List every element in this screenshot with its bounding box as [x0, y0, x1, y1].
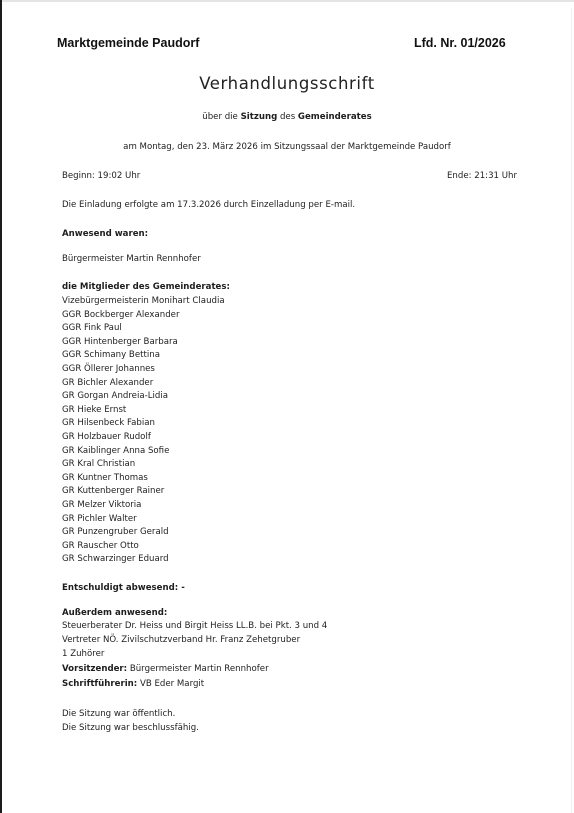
member-item: GR Kuttenberger Rainer	[62, 485, 225, 499]
municipality-name: Marktgemeinde Paudorf	[57, 36, 199, 50]
member-item: GR Kuntner Thomas	[62, 472, 225, 486]
secretary-line: Schriftführerin: VB Eder Margit	[62, 678, 204, 692]
member-item: GR Rauscher Otto	[62, 540, 225, 554]
serial-number: Lfd. Nr. 01/2026	[414, 36, 506, 50]
also-present-3: 1 Zuhörer	[62, 648, 104, 662]
member-item: GR Schwarzinger Eduard	[62, 553, 225, 567]
subtitle-mid: des	[277, 112, 298, 122]
member-item: Vizebürgermeisterin Monihart Claudia	[62, 295, 225, 309]
end-time: Ende: 21:31 Uhr	[447, 170, 517, 184]
excused-line: Entschuldigt abwesend: -	[62, 582, 185, 596]
chair-value: Bürgermeister Martin Rennhofer	[127, 664, 269, 674]
page-top-border	[2, 0, 574, 2]
secretary-value: VB Eder Margit	[137, 679, 204, 689]
member-item: GR Hilsenbeck Fabian	[62, 417, 225, 431]
chair-line: Vorsitzender: Bürgermeister Martin Rennh…	[62, 663, 269, 677]
member-item: GGR Öllerer Johannes	[62, 363, 225, 377]
member-item: GR Gorgan Andreia-Lidia	[62, 390, 225, 404]
member-item: GR Pichler Walter	[62, 513, 225, 527]
document-page: Marktgemeinde Paudorf Lfd. Nr. 01/2026 V…	[0, 0, 574, 813]
members-list: Vizebürgermeisterin Monihart ClaudiaGGR …	[62, 295, 225, 567]
member-item: GGR Fink Paul	[62, 322, 225, 336]
member-item: GGR Hintenberger Barbara	[62, 336, 225, 350]
subtitle-pre: über die	[202, 112, 240, 122]
subtitle: über die Sitzung des Gemeinderates	[0, 111, 574, 125]
meeting-line: am Montag, den 23. März 2026 im Sitzungs…	[0, 141, 574, 155]
page-right-edge	[571, 8, 572, 813]
subtitle-sitzung: Sitzung	[241, 112, 278, 122]
member-item: GR Holzbauer Rudolf	[62, 431, 225, 445]
invitation-note: Die Einladung erfolgte am 17.3.2026 durc…	[62, 199, 355, 213]
present-heading: Anwesend waren:	[62, 228, 148, 242]
secretary-label: Schriftführerin:	[62, 679, 137, 689]
document-title: Verhandlungsschrift	[0, 74, 574, 93]
begin-time: Beginn: 19:02 Uhr	[62, 170, 140, 184]
also-present-heading: Außerdem anwesend:	[62, 607, 167, 621]
chair-label: Vorsitzender:	[62, 664, 127, 674]
member-item: GGR Bockberger Alexander	[62, 309, 225, 323]
also-present-2: Vertreter NÖ. Zivilschutzverband Hr. Fra…	[62, 634, 300, 648]
also-present-1: Steuerberater Dr. Heiss und Birgit Heiss…	[62, 620, 327, 634]
mayor-line: Bürgermeister Martin Rennhofer	[62, 253, 201, 267]
member-item: GR Kaiblinger Anna Sofie	[62, 445, 225, 459]
member-item: GR Melzer Viktoria	[62, 499, 225, 513]
closing-public: Die Sitzung war öffentlich.	[62, 708, 175, 722]
member-item: GR Bichler Alexander	[62, 377, 225, 391]
member-item: GGR Schimany Bettina	[62, 349, 225, 363]
member-item: GR Kral Christian	[62, 458, 225, 472]
closing-quorum: Die Sitzung war beschlussfähig.	[62, 722, 199, 736]
member-item: GR Punzengruber Gerald	[62, 526, 225, 540]
members-heading: die Mitglieder des Gemeinderates:	[62, 281, 230, 295]
member-item: GR Hieke Ernst	[62, 404, 225, 418]
subtitle-gemeinderat: Gemeinderates	[298, 112, 372, 122]
